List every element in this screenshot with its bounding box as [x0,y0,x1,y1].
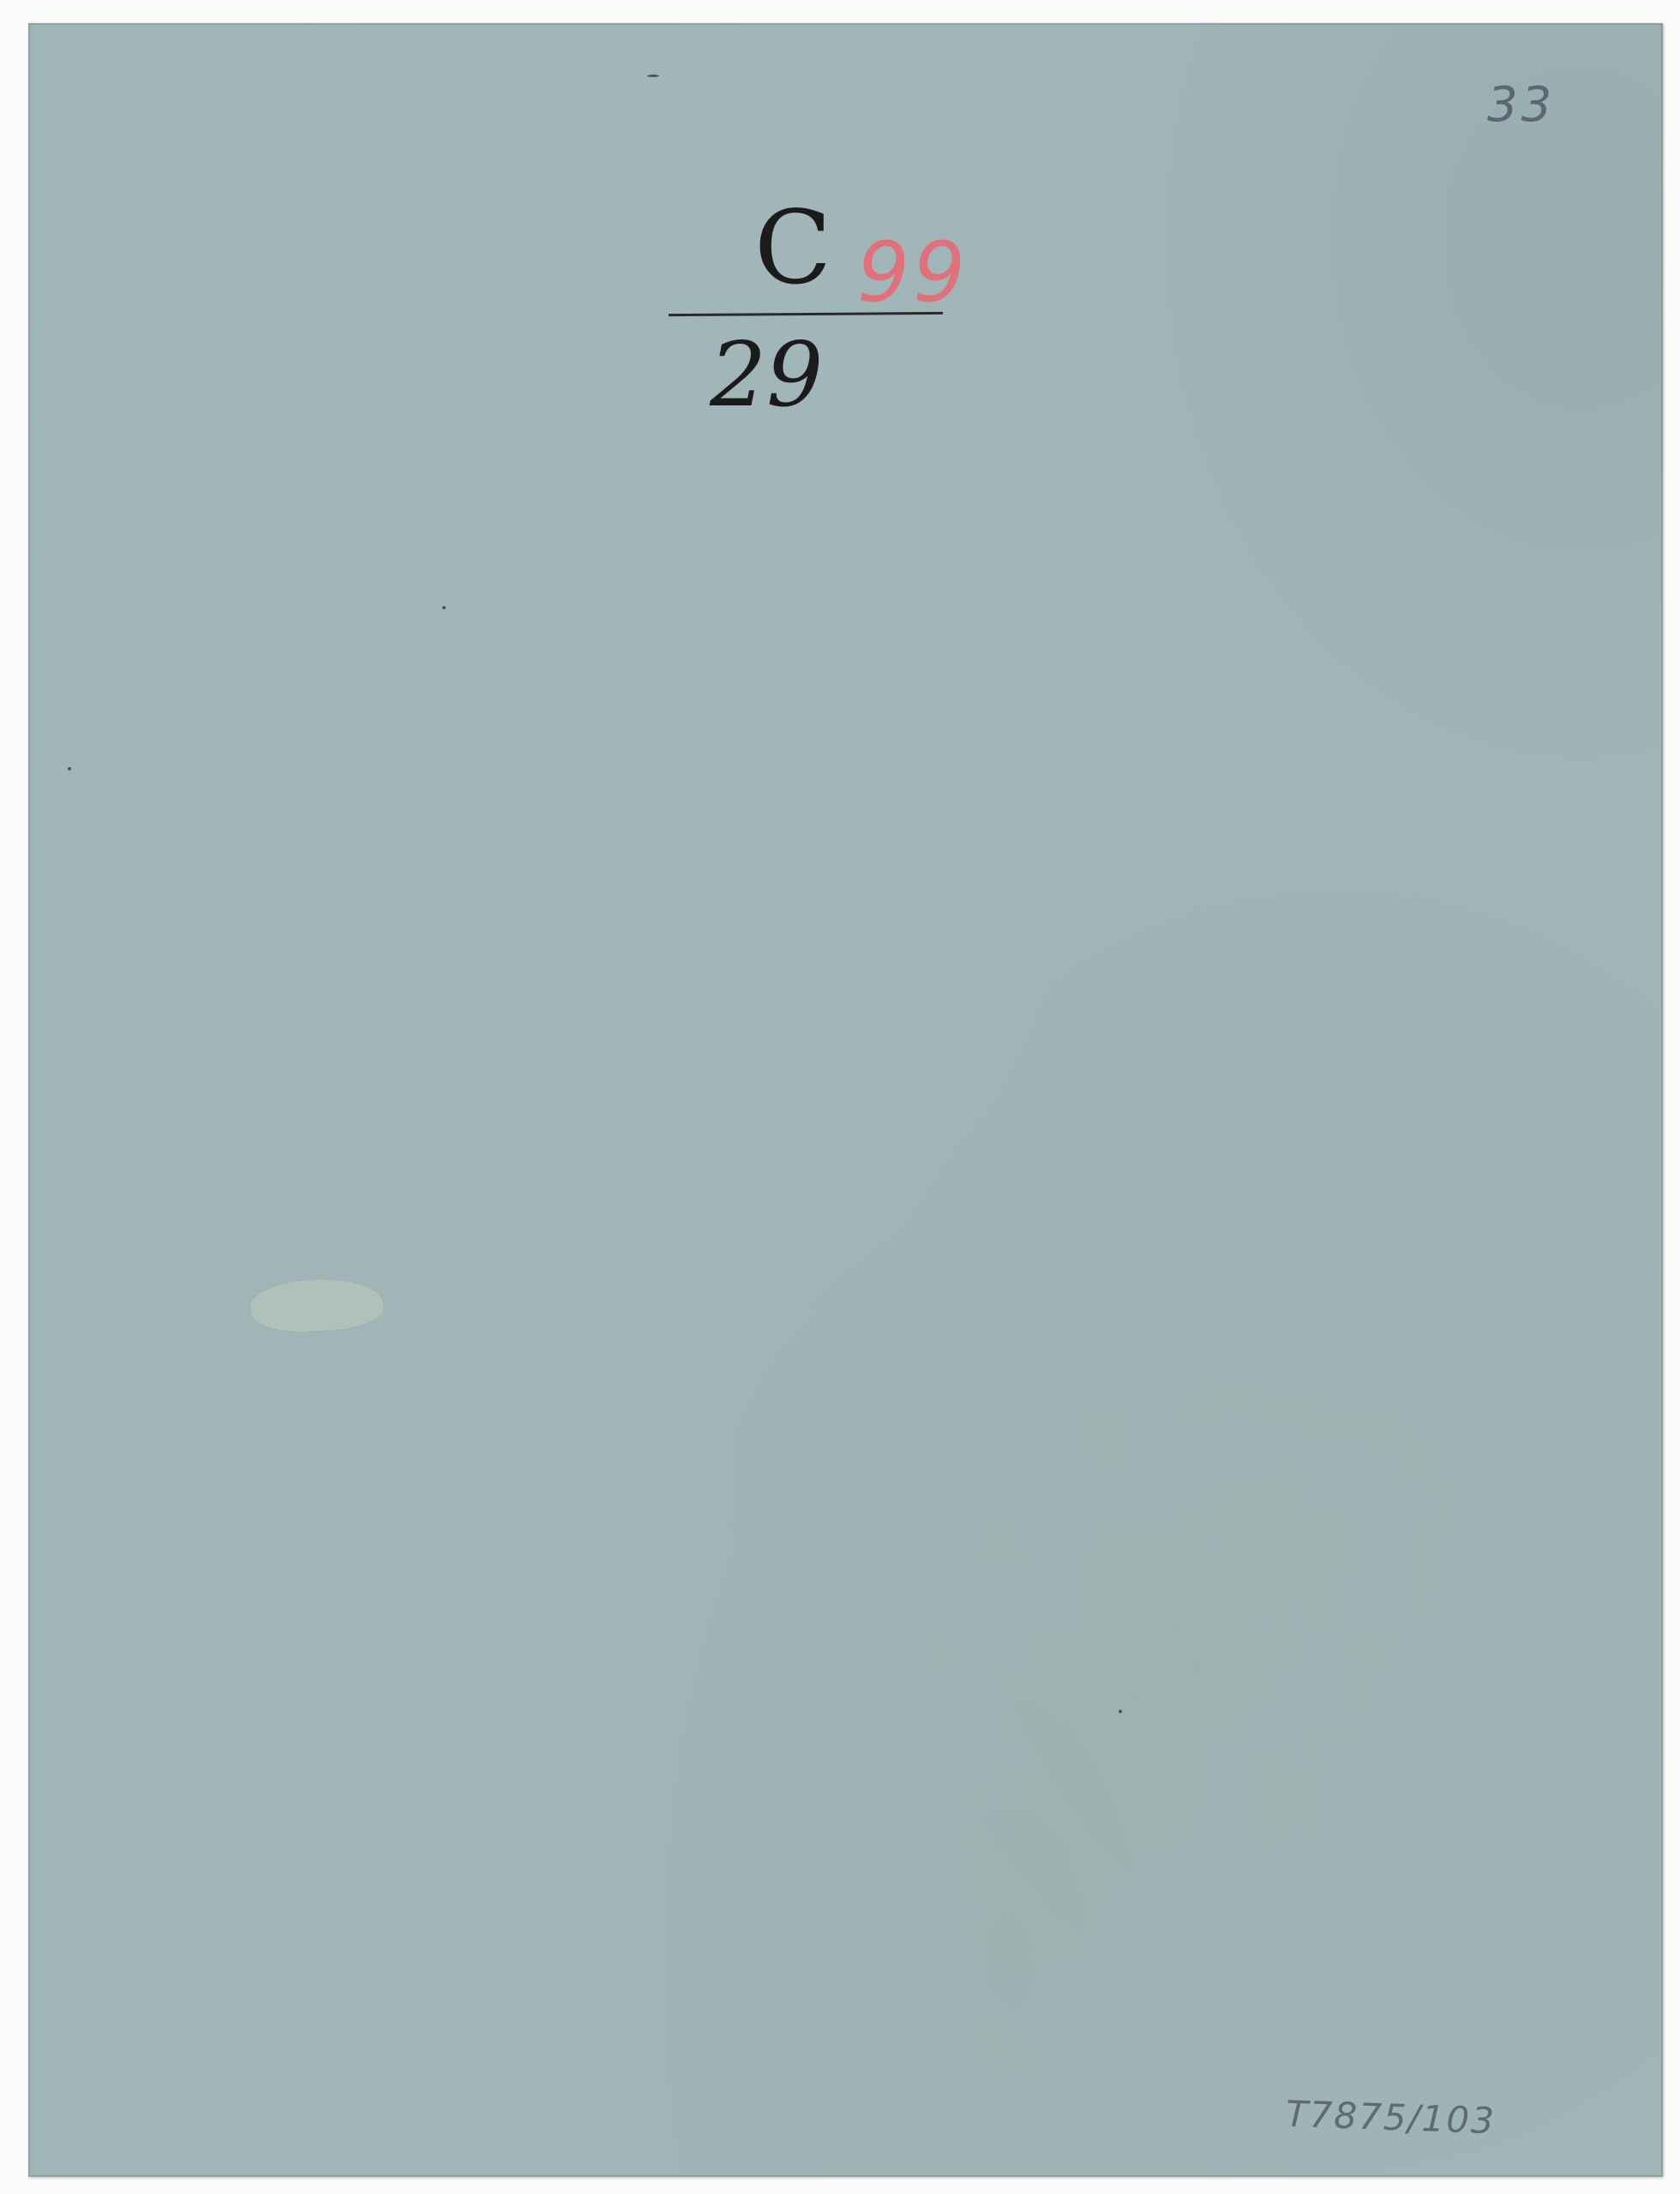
shelfmark-denominator: 29 [710,330,823,419]
paper-speck [442,606,446,609]
shelfmark-letter: C [754,197,831,298]
folder-cover [28,23,1663,2177]
paper-speck [1119,1710,1122,1713]
paper-speck [647,75,659,77]
inventory-number: T7875/103 [1285,2096,1496,2140]
paper-stain [248,1274,386,1337]
paper-speck [68,767,71,770]
page-number: 33 [1487,81,1555,129]
shelfmark-red-number: 99 [857,231,969,314]
